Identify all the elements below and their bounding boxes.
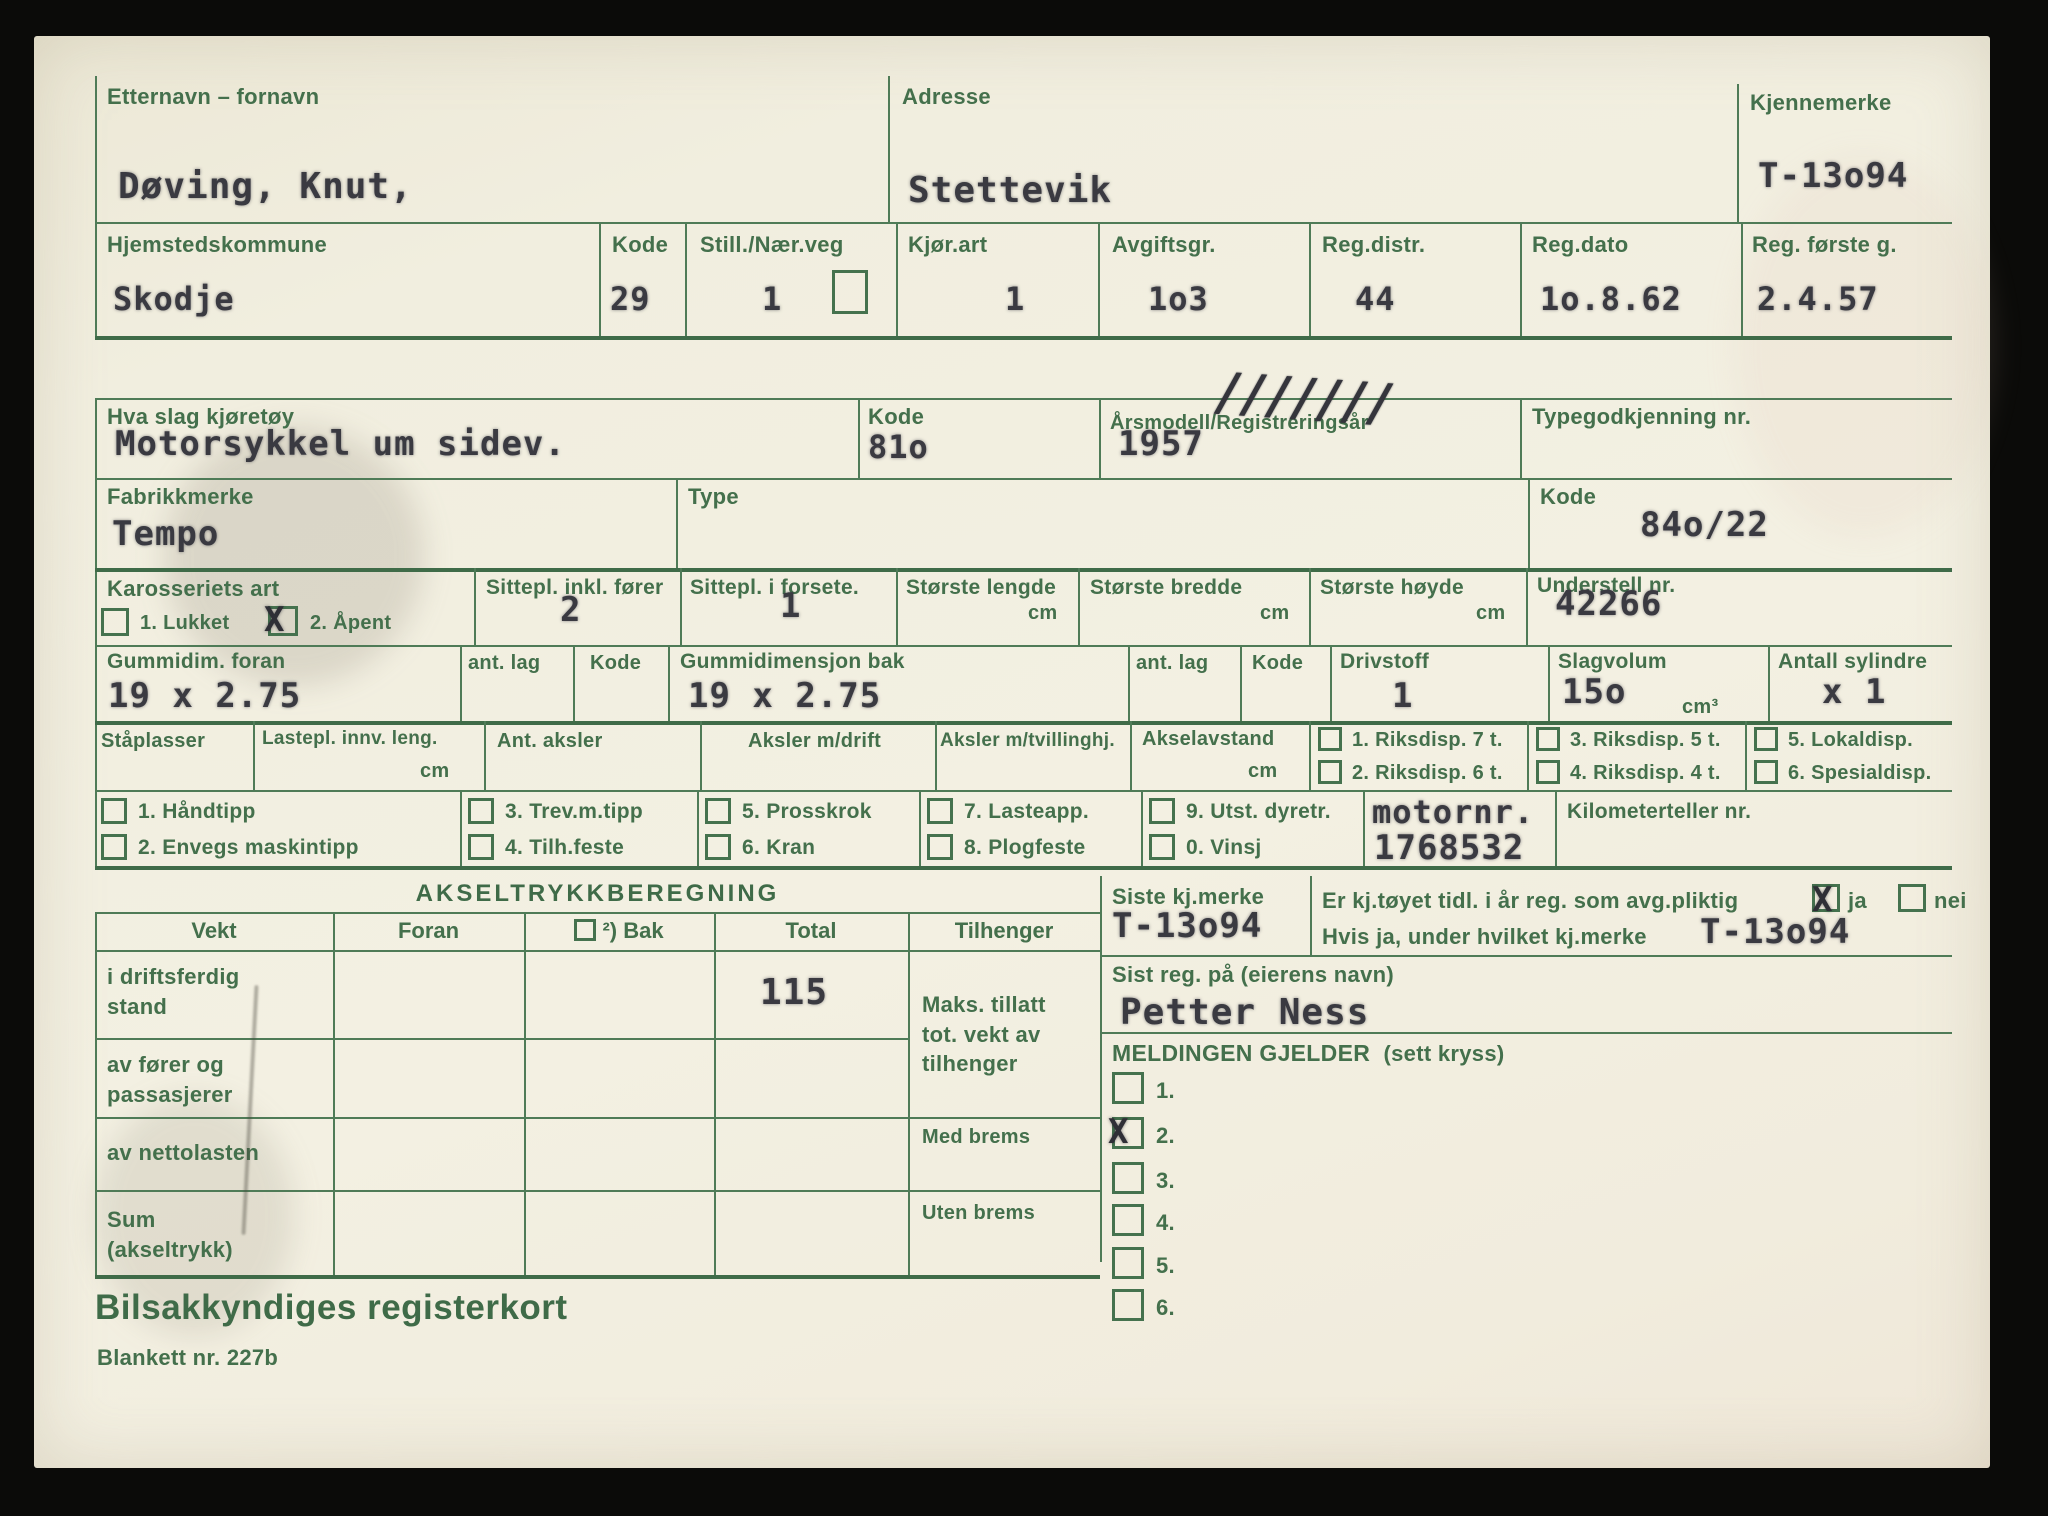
grid-line xyxy=(1548,645,1550,723)
field-label-bredde: Største bredde xyxy=(1090,576,1242,600)
unit-cm3: cm³ xyxy=(1682,696,1718,719)
checkbox-label-trev-m-tipp: 3. Trev.m.tipp xyxy=(505,800,643,824)
checkbox-melding-3 xyxy=(1112,1162,1144,1194)
grid-line xyxy=(858,398,860,478)
field-label-reg-distr: Reg.distr. xyxy=(1322,232,1425,258)
grid-line xyxy=(1309,721,1311,790)
field-label-adresse: Adresse xyxy=(902,84,991,110)
tilhenger-note: Maks. tillatt tot. vekt av tilhenger xyxy=(922,990,1087,1079)
checkbox-label-ja: ja xyxy=(1848,888,1867,914)
checkbox-label-vinsj: 0. Vinsj xyxy=(1186,836,1262,860)
grid-line xyxy=(573,645,575,723)
field-label-kjennemerke: Kjennemerke xyxy=(1750,90,1891,116)
field-label-karosseri: Karosseriets art xyxy=(107,576,279,602)
field-label-kode-a: Kode xyxy=(868,404,924,430)
field-value-kode-a: 81o xyxy=(868,428,929,466)
checkbox-prosskrok xyxy=(705,798,731,824)
field-value-etternavn: Døving, Knut, xyxy=(118,166,413,207)
field-label-sist-reg: Sist reg. på (eierens navn) xyxy=(1112,962,1394,988)
checkbox-label-riksdisp-4t: 4. Riksdisp. 4 t. xyxy=(1570,762,1721,785)
grid-line xyxy=(460,790,462,868)
checkbox-plogfeste xyxy=(927,834,953,860)
grid-line xyxy=(1520,398,1522,478)
checkbox-spesialdisp xyxy=(1754,760,1778,784)
field-label-fabrikkmerke: Fabrikkmerke xyxy=(107,484,254,510)
checkbox-bak-header xyxy=(574,919,596,941)
checkbox-label-prosskrok: 5. Prosskrok xyxy=(742,800,872,824)
grid-line xyxy=(1741,222,1743,338)
field-value-still-naer-veg: 1 xyxy=(762,280,782,318)
table-header-foran: Foran xyxy=(333,918,524,944)
field-label-ant-sylindre: Antall sylindre xyxy=(1778,650,1927,674)
checkbox-utst-dyretr xyxy=(1149,798,1175,824)
field-label-typegodkjenning: Typegodkjenning nr. xyxy=(1532,404,1751,430)
checkbox-melding-1 xyxy=(1112,1072,1144,1104)
paper-stain xyxy=(164,426,424,686)
checkbox-label-melding-3: 3. xyxy=(1156,1168,1175,1194)
grid-line xyxy=(1240,645,1242,723)
field-value-gummi-foran: 19 x 2.75 xyxy=(108,676,301,716)
field-label-aksler-tvilling: Aksler m/tvillinghj. xyxy=(940,730,1115,752)
field-label-ant-lag-1: ant. lag xyxy=(468,652,540,675)
field-value-sittepl-forsete: 1 xyxy=(780,586,801,626)
grid-line xyxy=(896,568,898,645)
field-value-fabrikkmerke: Tempo xyxy=(112,514,219,554)
checkbox-label-melding-6: 6. xyxy=(1156,1295,1175,1321)
checkbox-trev-m-tipp xyxy=(468,798,494,824)
checkbox-nei xyxy=(1898,884,1926,912)
table-border xyxy=(714,912,716,1277)
checkbox-label-spesialdisp: 6. Spesialdisp. xyxy=(1788,762,1931,785)
field-label-lastepl: Lastepl. innv. leng. xyxy=(262,728,438,750)
checkbox-riksdisp-4t xyxy=(1536,760,1560,784)
grid-line xyxy=(1768,645,1770,723)
grid-line xyxy=(1737,84,1739,222)
field-label-kode-c: Kode xyxy=(590,652,641,675)
table-border xyxy=(333,912,335,1277)
table-header-total: Total xyxy=(714,918,908,944)
table-border xyxy=(95,912,1100,914)
grid-line xyxy=(896,222,898,338)
field-label-aksler-drift: Aksler m/drift xyxy=(748,730,881,753)
table-header-tilhenger: Tilhenger xyxy=(908,918,1100,944)
unit-cm: cm xyxy=(1028,602,1058,625)
grid-line xyxy=(95,568,1952,572)
table-value-driftsferdig-total: 115 xyxy=(760,972,828,1013)
grid-line xyxy=(484,721,486,790)
unit-cm: cm xyxy=(1476,602,1506,625)
table-border xyxy=(95,1117,1100,1119)
checkbox-label-haandtipp: 1. Håndtipp xyxy=(138,800,256,824)
meldingen-title: MELDINGEN GJELDER (sett kryss) xyxy=(1112,1040,1505,1067)
field-value-drivstoff: 1 xyxy=(1392,676,1413,716)
field-value-gummi-bak: 19 x 2.75 xyxy=(688,676,881,716)
table-border xyxy=(95,1038,908,1040)
grid-line xyxy=(1527,721,1529,790)
field-value-reg-forste: 2.4.57 xyxy=(1757,280,1879,318)
field-label-sittepl-forsete: Sittepl. i forsete. xyxy=(690,576,859,600)
field-value-siste-kjmerke: T-13o94 xyxy=(1112,906,1262,946)
grid-line xyxy=(1099,398,1101,478)
checkbox-haandtipp xyxy=(101,798,127,824)
field-label-reg-forste: Reg. første g. xyxy=(1752,232,1897,258)
grid-line xyxy=(253,721,255,790)
grid-line xyxy=(1363,790,1365,868)
checkbox-melding-4 xyxy=(1112,1204,1144,1236)
field-label-gummi-bak: Gummidimensjon bak xyxy=(680,650,905,674)
field-label-lengde: Største lengde xyxy=(906,576,1056,600)
registration-card xyxy=(34,36,1990,1468)
checkbox-mark-melding-2: X xyxy=(1108,1112,1128,1152)
table-header-vekt: Vekt xyxy=(95,918,333,944)
field-label-kode-b: Kode xyxy=(1540,484,1596,510)
grid-line xyxy=(95,398,1952,400)
checkbox-still-naer-veg xyxy=(832,270,868,314)
grid-line xyxy=(95,76,97,340)
meldingen-subtitle: (sett kryss) xyxy=(1384,1041,1505,1066)
grid-line xyxy=(95,222,1952,224)
field-value-slagvolum: 15o xyxy=(1562,672,1626,712)
field-label-avgiftsgr: Avgiftsgr. xyxy=(1112,232,1216,258)
field-label-etternavn: Etternavn – fornavn xyxy=(107,84,319,110)
table-border xyxy=(908,912,910,1277)
table-header-bak-label: ²) Bak xyxy=(602,918,663,943)
checkbox-label-tilh-feste: 4. Tilh.feste xyxy=(505,836,624,860)
checkbox-melding-5 xyxy=(1112,1247,1144,1279)
tilhenger-uten-brems: Uten brems xyxy=(922,1202,1035,1225)
card-form-number: Blankett nr. 227b xyxy=(97,1345,278,1371)
field-label-still-naer-veg: Still./Nær.veg xyxy=(700,232,844,258)
grid-line xyxy=(460,645,462,723)
panel-border xyxy=(1100,876,1102,1262)
field-value-kjennemerke: T-13o94 xyxy=(1758,156,1908,196)
field-label-slagvolum: Slagvolum xyxy=(1558,650,1667,674)
checkbox-label-riksdisp-5t: 3. Riksdisp. 5 t. xyxy=(1570,729,1721,752)
unit-cm: cm xyxy=(1260,602,1290,625)
field-value-avgiftsgr: 1o3 xyxy=(1148,280,1209,318)
field-label-gummi-foran: Gummidim. foran xyxy=(107,650,285,674)
grid-line xyxy=(95,721,1952,725)
section-divider xyxy=(95,866,1952,870)
grid-line xyxy=(1130,721,1132,790)
field-label-kode-d: Kode xyxy=(1252,652,1303,675)
unit-cm: cm xyxy=(1248,760,1278,783)
checkbox-lukket xyxy=(101,608,129,636)
panel-border xyxy=(1100,955,1952,957)
card-title: Bilsakkyndiges registerkort xyxy=(95,1288,568,1328)
grid-line xyxy=(1309,568,1311,645)
field-label-hvis-ja: Hvis ja, under hvilket kj.merke xyxy=(1322,924,1647,950)
checkbox-label-riksdisp-7t: 1. Riksdisp. 7 t. xyxy=(1352,729,1503,752)
checkbox-label-riksdisp-6t: 2. Riksdisp. 6 t. xyxy=(1352,762,1503,785)
field-label-type: Type xyxy=(688,484,739,510)
table-row-label-driftsferdig: i driftsferdig stand xyxy=(107,962,267,1021)
grid-line xyxy=(95,790,1952,792)
checkbox-label-nei: nei xyxy=(1934,888,1967,914)
field-label-ant-aksler: Ant. aksler xyxy=(497,730,603,753)
checkbox-vinsj xyxy=(1149,834,1175,860)
grid-line xyxy=(1526,568,1528,645)
field-label-akselavstand: Akselavstand xyxy=(1142,728,1275,751)
field-value-adresse: Stettevik xyxy=(908,170,1112,211)
field-value-hva-slag: Motorsykkel um sidev. xyxy=(115,424,566,464)
checkbox-riksdisp-6t xyxy=(1318,760,1342,784)
grid-line xyxy=(1078,568,1080,645)
grid-line xyxy=(1309,222,1311,338)
tilhenger-med-brems: Med brems xyxy=(922,1126,1030,1149)
checkbox-kran xyxy=(705,834,731,860)
checkbox-melding-6 xyxy=(1112,1289,1144,1321)
field-label-hoyde: Største høyde xyxy=(1320,576,1464,600)
table-border xyxy=(95,950,1100,952)
field-value-hvis-ja: T-13o94 xyxy=(1700,912,1850,952)
field-value-ant-sylindre: x 1 xyxy=(1822,672,1886,712)
field-value-hjemstedskommune: Skodje xyxy=(113,280,235,318)
checkbox-envegs-maskintipp xyxy=(101,834,127,860)
grid-line xyxy=(599,222,601,338)
panel-border xyxy=(1310,876,1312,955)
grid-line xyxy=(668,645,670,723)
checkbox-lasteapp xyxy=(927,798,953,824)
grid-line xyxy=(685,222,687,338)
grid-line xyxy=(95,645,1952,647)
table-border xyxy=(95,1275,1100,1279)
table-row-label-netto: av nettolasten xyxy=(107,1140,259,1166)
field-label-kilometerteller: Kilometerteller nr. xyxy=(1567,800,1751,824)
meldingen-title-text: MELDINGEN GJELDER xyxy=(1112,1040,1370,1066)
field-value-sist-reg: Petter Ness xyxy=(1120,992,1369,1033)
unit-cm: cm xyxy=(420,760,450,783)
grid-line xyxy=(888,76,890,222)
checkbox-riksdisp-5t xyxy=(1536,727,1560,751)
field-value-reg-distr: 44 xyxy=(1355,280,1396,318)
field-value-understell: 42266 xyxy=(1555,584,1662,624)
grid-line xyxy=(1098,222,1100,338)
field-label-reg-dato: Reg.dato xyxy=(1532,232,1629,258)
checkbox-label-plogfeste: 8. Plogfeste xyxy=(964,836,1085,860)
field-label-motornr: motornr. xyxy=(1372,793,1534,831)
field-label-kjor-art: Kjør.art xyxy=(908,232,987,258)
field-value-motornr: 1768532 xyxy=(1374,828,1524,868)
akseltrykk-title: AKSELTRYKKBEREGNING xyxy=(95,880,1100,908)
field-value-reg-dato: 1o.8.62 xyxy=(1540,280,1682,318)
field-value-sittepl-forer: 2 xyxy=(560,590,581,630)
grid-line xyxy=(95,478,1952,480)
checkbox-mark-apent: X xyxy=(264,600,284,640)
checkbox-label-melding-5: 5. xyxy=(1156,1253,1175,1279)
grid-line xyxy=(95,398,97,868)
grid-line xyxy=(697,790,699,868)
checkbox-label-utst-dyretr: 9. Utst. dyretr. xyxy=(1186,800,1331,824)
checkbox-label-melding-1: 1. xyxy=(1156,1078,1175,1104)
field-label-drivstoff: Drivstoff xyxy=(1340,650,1429,674)
checkbox-riksdisp-7t xyxy=(1318,727,1342,751)
table-header-bak: ²) Bak xyxy=(524,918,714,944)
table-border xyxy=(95,912,97,1277)
field-label-staaplasser: Ståplasser xyxy=(101,730,205,753)
question-tidligere-registrert: Er kj.tøyet tidl. i år reg. som avg.plik… xyxy=(1322,888,1738,914)
table-border xyxy=(524,912,526,1277)
field-label-kode: Kode xyxy=(612,232,668,258)
scanned-registration-card-page: { "s1": { "etternavn": {"label": "Ettern… xyxy=(0,0,2048,1516)
checkbox-label-lokaldisp: 5. Lokaldisp. xyxy=(1788,729,1913,752)
field-value-arsmodell: 1957 xyxy=(1118,424,1204,464)
checkbox-label-melding-2: 2. xyxy=(1156,1123,1175,1149)
checkbox-tilh-feste xyxy=(468,834,494,860)
grid-line xyxy=(919,790,921,868)
checkbox-lokaldisp xyxy=(1754,727,1778,751)
field-value-kjor-art: 1 xyxy=(1005,280,1025,318)
checkbox-label-lukket: 1. Lukket xyxy=(140,612,229,635)
handwritten-scribble: /////// xyxy=(1210,362,1391,434)
grid-line xyxy=(1528,478,1530,570)
grid-line xyxy=(1141,790,1143,868)
checkbox-label-lasteapp: 7. Lasteapp. xyxy=(964,800,1089,824)
checkbox-label-apent: 2. Åpent xyxy=(310,612,391,635)
grid-line xyxy=(700,721,702,790)
field-value-kode-b: 84o/22 xyxy=(1640,505,1769,545)
grid-line xyxy=(935,721,937,790)
grid-line xyxy=(1745,721,1747,790)
grid-line xyxy=(1555,790,1557,868)
checkbox-label-envegs-maskintipp: 2. Envegs maskintipp xyxy=(138,836,359,860)
section-divider xyxy=(95,336,1952,340)
grid-line xyxy=(1520,222,1522,338)
grid-line xyxy=(1330,645,1332,723)
grid-line xyxy=(474,568,476,645)
grid-line xyxy=(1128,645,1130,723)
checkbox-label-melding-4: 4. xyxy=(1156,1210,1175,1236)
checkbox-label-kran: 6. Kran xyxy=(742,836,815,860)
grid-line xyxy=(680,568,682,645)
field-label-ant-lag-2: ant. lag xyxy=(1136,652,1208,675)
field-value-kode: 29 xyxy=(610,280,651,318)
field-label-hjemstedskommune: Hjemstedskommune xyxy=(107,232,327,258)
grid-line xyxy=(676,478,678,570)
